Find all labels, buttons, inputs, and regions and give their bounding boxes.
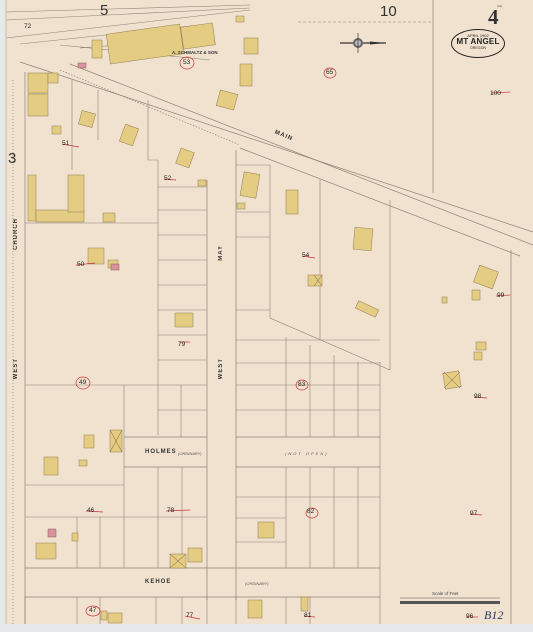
frame-buildings [28,16,498,623]
adjoining-sheet-top-right: 10 [380,3,397,20]
title-cartouche: APRIL 1902 MT ANGEL OREGON [451,29,505,58]
block-number: 78 [167,507,174,514]
block-number: 97 [470,510,477,517]
block-number: 99 [497,292,504,299]
lot-lines [25,80,390,624]
street-label-west-may: WEST [218,358,224,379]
block-number: 52 [164,175,171,182]
sheet-number: 4 [488,5,499,30]
street-label-may: MAY [218,245,224,261]
handwritten-label: B12 [484,608,503,623]
map-drawing [0,0,533,632]
business-label: A. SCHMALTZ & SON [172,50,218,55]
street-note-holmes: (ORDINARY) [178,451,202,456]
block-number: 51 [62,140,69,147]
adjoining-sheet-left: 3 [8,150,16,167]
adjoining-sheet-top-left: 5 [100,2,108,19]
street-label-holmes: HOLMES [145,449,177,455]
block-number: 79 [178,341,185,348]
block-number: 54 [302,252,309,259]
block-number: 83 [298,381,305,388]
scale-label: Scale of Feet [432,591,459,596]
block-number: 72 [24,23,31,30]
street-note-not-open: (NOT OPEN) [285,451,329,456]
main-street [20,62,533,256]
block-number: 100 [490,90,501,97]
block-number: 98 [474,393,481,400]
scale-bar [400,598,500,604]
shed-markers [110,275,460,568]
block-number: 49 [79,379,86,386]
street-label-kehoe: KEHOE [145,579,171,585]
block-number: 82 [307,508,314,515]
block-number: 46 [87,507,94,514]
street-note-kehoe: (ORDINARY) [245,581,269,586]
compass-rose-icon [340,33,386,53]
block-number: 53 [183,59,190,66]
block-number: 77 [186,612,193,619]
title-town: MT ANGEL [452,38,504,46]
street-label-church: CHURCH [13,218,19,250]
block-number: 96 [466,613,473,620]
title-state: OREGON [452,46,504,51]
block-number: 81 [304,612,311,619]
block-number: 47 [89,607,96,614]
block-number: 65 [326,69,333,76]
street-label-west-church: WEST [13,358,19,379]
block-number: 50 [77,261,84,268]
kehoe-street [25,568,380,597]
